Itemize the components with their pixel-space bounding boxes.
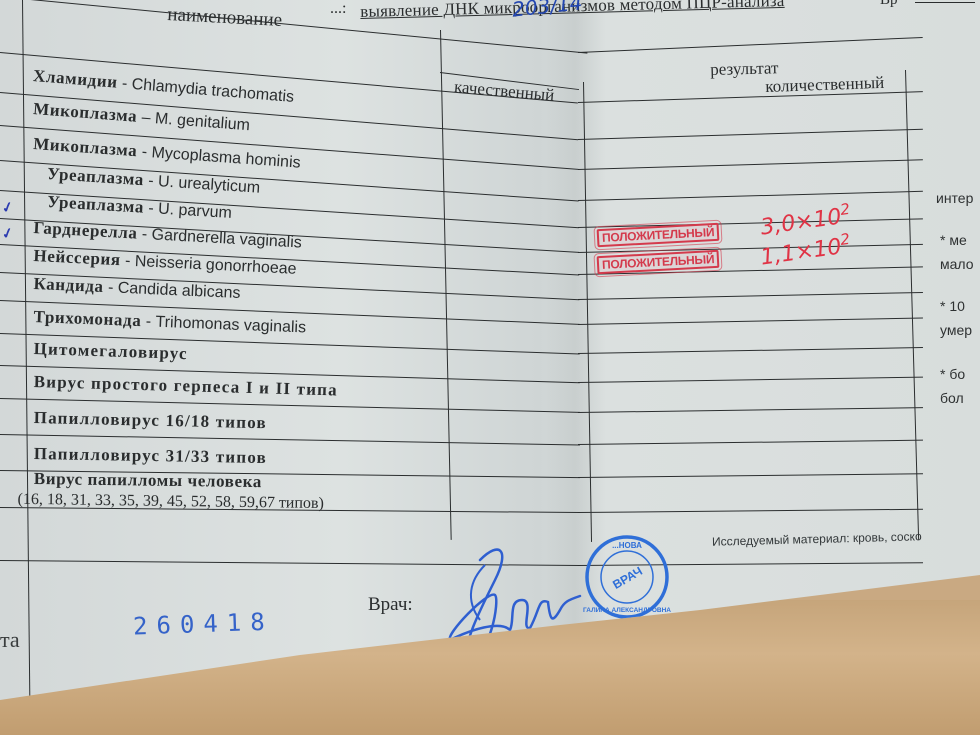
organism-name-ru: Хламидии — [32, 66, 118, 92]
date-value: 260418 — [133, 608, 275, 641]
table-row-divider — [578, 129, 923, 141]
interpretation-note-3-line1: * бо — [940, 366, 965, 382]
quantitative-exponent: 2 — [839, 230, 851, 249]
header-prefix: ...: — [330, 0, 346, 18]
table-row-divider — [578, 440, 923, 446]
table-row-divider — [578, 347, 923, 354]
interpretation-note-2-line2: умер — [940, 322, 972, 338]
name-separator: - — [137, 143, 152, 161]
doctor-label: Врач: — [368, 594, 413, 616]
organism-name-ru: Кандида — [33, 274, 104, 296]
interpretation-note-2-line1: * 10 — [940, 298, 965, 314]
table-column-divider — [905, 70, 919, 540]
date-label: та — [0, 627, 20, 653]
table-row: Кандида - Candida albicans — [33, 274, 241, 303]
interpretation-note-1-line2: мало — [940, 256, 974, 272]
name-separator: - — [120, 252, 135, 270]
table-row: Уреаплазма - U. urealyticum — [47, 164, 261, 198]
organism-name-ru: Папилловирус 31/33 типов — [34, 444, 267, 467]
organism-name-ru: Вирус папилломы человека — [34, 469, 262, 491]
organism-name-ru: Уреаплазма — [47, 192, 145, 217]
table-column-divider — [440, 30, 452, 540]
material-note: Исследуемый материал: кровь, соско — [712, 529, 922, 548]
name-separator: - — [103, 279, 118, 297]
table-row: Хламидии - Chlamydia trachomatis — [32, 66, 294, 107]
organism-name-ru: Нейссерия — [33, 246, 121, 269]
top-right-label: Вр — [880, 0, 898, 9]
table-row-divider — [578, 91, 923, 103]
name-separator: - — [141, 313, 156, 331]
seal-top-text: ...НОВА — [612, 541, 642, 550]
table-row-divider — [578, 159, 923, 170]
name-separator: - — [137, 226, 152, 244]
interpretation-note-3-line2: бол — [940, 390, 964, 406]
table-row-divider — [578, 407, 923, 413]
table-row-divider — [578, 509, 923, 514]
table-row-divider — [578, 377, 923, 384]
table-row-divider — [578, 191, 923, 202]
organism-name-latin: Trihomonas vaginalis — [155, 314, 306, 337]
table-row-divider — [578, 317, 923, 325]
seal-bottom-text: ГАЛИНА АЛЕКСАНДРОВНА — [583, 607, 671, 614]
organism-name-latin: U. urealyticum — [158, 173, 261, 197]
table-row: Папилловирус 16/18 типов — [34, 408, 268, 433]
organism-name-latin: M. genitalium — [154, 110, 250, 134]
handwritten-sample-number: 203/14 — [511, 0, 583, 22]
organism-name-ru: Папилловирус 16/18 типов — [34, 408, 268, 432]
table-column-divider — [22, 0, 31, 700]
organism-name-latin: Neisseria gonorrhoeae — [134, 253, 297, 278]
organism-name-ru: Микоплазма — [33, 134, 138, 160]
organism-name-latin: U. parvum — [158, 201, 233, 222]
organism-name-ru: Цитомегаловирус — [33, 339, 188, 363]
name-separator: - — [143, 172, 158, 190]
top-right-underline — [915, 2, 975, 3]
interpretation-title: интер — [936, 190, 973, 206]
interpretation-note-1-line1: * ме — [940, 232, 967, 248]
name-separator: – — [137, 109, 156, 127]
name-separator: - — [117, 75, 133, 93]
table-row: Вирус простого герпеса I и II типа — [33, 372, 338, 400]
table-row-divider — [578, 473, 923, 478]
table-column-divider — [583, 82, 592, 542]
organism-name-latin: (16, 18, 31, 33, 35, 39, 45, 52, 58, 59,… — [17, 491, 324, 512]
organism-name-latin: Mycoplasma hominis — [151, 144, 301, 171]
organism-name-ru: Вирус простого герпеса I и II типа — [33, 372, 338, 399]
table-row: Нейссерия - Neisseria gonorrhoeae — [33, 246, 297, 279]
organism-name-ru: Трихомонада — [33, 307, 141, 330]
organism-name-latin: Gardnerella vaginalis — [151, 226, 302, 251]
check-mark-icon: ✓ — [0, 199, 16, 218]
organism-name-latin: Chlamydia trachomatis — [131, 76, 295, 106]
seal-center-text: ВРАЧ — [610, 564, 645, 592]
quantitative-mantissa: 1,1×10 — [759, 234, 843, 270]
name-separator: - — [143, 200, 158, 218]
check-mark-icon: ✓ — [0, 225, 16, 244]
doctor-seal: ВРАЧ ...НОВА ГАЛИНА АЛЕКСАНДРОВНА — [582, 532, 672, 622]
quantitative-exponent: 2 — [839, 200, 851, 219]
table-row: Вирус папилломы человека(16, 18, 31, 33,… — [33, 469, 324, 513]
table-row: Уреаплазма - U. parvum — [47, 192, 233, 223]
table-row-divider — [578, 37, 923, 53]
table-row: Цитомегаловирус — [33, 339, 188, 364]
organism-name-ru: Уреаплазма — [47, 164, 145, 189]
table-row: Папилловирус 31/33 типов — [34, 444, 268, 468]
organism-name-ru: Гарднерелла — [33, 218, 138, 243]
organism-name-latin: Candida albicans — [117, 280, 240, 302]
table-row-divider — [578, 292, 923, 300]
